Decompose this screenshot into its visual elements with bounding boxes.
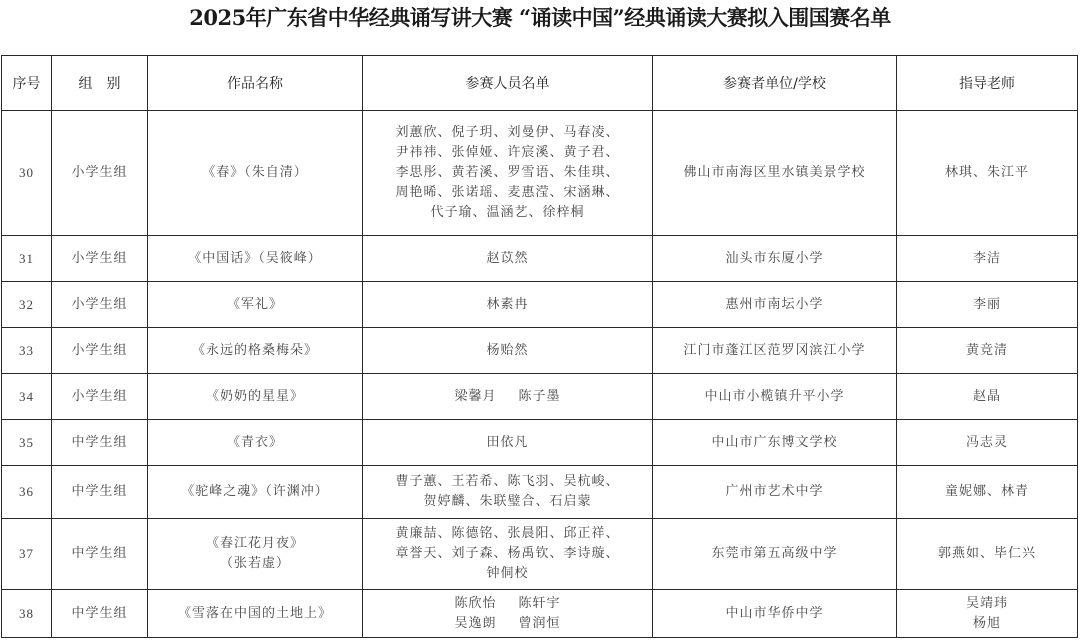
member-line: 赵苡然 (365, 249, 650, 269)
member-name: 曾润恒 (519, 616, 561, 631)
cell-number: 32 (2, 282, 52, 328)
cell-school: 广州市艺术中学 (653, 466, 897, 519)
cell-school: 中山市小榄镇升平小学 (653, 374, 897, 420)
cell-school: 佛山市南海区里水镇美景学校 (653, 111, 897, 236)
table-row: 36 中学生组 《驼峰之魂》（许渊冲） 曹子蕙、王若希、陈飞羽、吴杭峻、 贺婷麟… (2, 466, 1078, 519)
work-title: 《春》（朱自清） (150, 163, 360, 183)
cell-teacher: 童妮娜、林青 (897, 466, 1078, 519)
teacher-name: 赵晶 (899, 387, 1075, 407)
work-title: 《永远的格桑梅朵》 (150, 341, 360, 361)
member-name: 吴逸朗 (454, 616, 496, 631)
cell-school: 惠州市南坛小学 (653, 282, 897, 328)
cell-group: 中学生组 (52, 466, 148, 519)
member-line: 尹祎祎、张倬娅、许宸溪、黄子君、 (365, 143, 650, 163)
table-row: 31 小学生组 《中国话》（吴筱峰） 赵苡然 汕头市东厦小学 李洁 (2, 236, 1078, 282)
cell-group: 小学生组 (52, 111, 148, 236)
work-title: 《中国话》（吴筱峰） (150, 249, 360, 269)
table-row: 34 小学生组 《奶奶的星星》 梁馨月陈子墨 中山市小榄镇升平小学 赵晶 (2, 374, 1078, 420)
header-group: 组 别 (52, 56, 148, 111)
member-line: 黄廉喆、陈德铭、张晨阳、邱正祥、 (365, 524, 650, 544)
cell-group: 中学生组 (52, 420, 148, 466)
cell-teacher: 郭燕如、毕仁兴 (897, 519, 1078, 590)
cell-work: 《春》（朱自清） (148, 111, 363, 236)
member-name: 陈子墨 (519, 389, 561, 404)
member-line: 林素冉 (365, 295, 650, 315)
table-row: 38 中学生组 《雪落在中国的土地上》 陈欣怡陈轩宇 吴逸朗曾润恒 中山市华侨中… (2, 590, 1078, 638)
cell-members: 黄廉喆、陈德铭、张晨阳、邱正祥、 章誉天、刘子森、杨禹钦、李诗璇、 钟侗校 (363, 519, 653, 590)
work-title: 《雪落在中国的土地上》 (150, 604, 360, 624)
cell-school: 中山市广东博文学校 (653, 420, 897, 466)
header-school: 参赛者单位/学校 (653, 56, 897, 111)
teacher-name: 郭燕如、毕仁兴 (899, 544, 1075, 564)
teacher-name: 李洁 (899, 249, 1075, 269)
cell-work: 《驼峰之魂》（许渊冲） (148, 466, 363, 519)
cell-members: 梁馨月陈子墨 (363, 374, 653, 420)
cell-members: 曹子蕙、王若希、陈飞羽、吴杭峻、 贺婷麟、朱联璧合、石启蒙 (363, 466, 653, 519)
member-line: 李思彤、黄若溪、罗雪语、朱佳琪、 (365, 163, 650, 183)
work-title: 《青衣》 (150, 433, 360, 453)
cell-work: 《春江花月夜》 （张若虚） (148, 519, 363, 590)
header-members: 参赛人员名单 (363, 56, 653, 111)
cell-members: 陈欣怡陈轩宇 吴逸朗曾润恒 (363, 590, 653, 638)
member-line: 田依凡 (365, 433, 650, 453)
cell-members: 赵苡然 (363, 236, 653, 282)
work-title: 《军礼》 (150, 295, 360, 315)
teacher-name: 童妮娜、林青 (899, 482, 1075, 502)
cell-members: 刘蕙欣、倪子玥、刘曼伊、马春凌、 尹祎祎、张倬娅、许宸溪、黄子君、 李思彤、黄若… (363, 111, 653, 236)
cell-group: 小学生组 (52, 282, 148, 328)
member-line: 钟侗校 (365, 564, 650, 584)
member-line: 杨贻然 (365, 341, 650, 361)
cell-number: 37 (2, 519, 52, 590)
teacher-name: 吴靖玮 (899, 594, 1075, 614)
header-teacher: 指导老师 (897, 56, 1078, 111)
cell-teacher: 林琪、朱江平 (897, 111, 1078, 236)
cell-group: 中学生组 (52, 519, 148, 590)
cell-school: 东莞市第五高级中学 (653, 519, 897, 590)
work-title: 《春江花月夜》 (150, 534, 360, 554)
work-title: 《驼峰之魂》（许渊冲） (150, 482, 360, 502)
table-row: 32 小学生组 《军礼》 林素冉 惠州市南坛小学 李丽 (2, 282, 1078, 328)
header-work: 作品名称 (148, 56, 363, 111)
teacher-name: 杨旭 (899, 614, 1075, 634)
cell-work: 《军礼》 (148, 282, 363, 328)
cell-teacher: 冯志灵 (897, 420, 1078, 466)
cell-members: 田依凡 (363, 420, 653, 466)
cell-group: 小学生组 (52, 328, 148, 374)
table-row: 37 中学生组 《春江花月夜》 （张若虚） 黄廉喆、陈德铭、张晨阳、邱正祥、 章… (2, 519, 1078, 590)
cell-number: 30 (2, 111, 52, 236)
cell-members: 杨贻然 (363, 328, 653, 374)
cell-number: 31 (2, 236, 52, 282)
header-number: 序号 (2, 56, 52, 111)
cell-school: 江门市蓬江区范罗冈滨江小学 (653, 328, 897, 374)
cell-work: 《青衣》 (148, 420, 363, 466)
cell-group: 小学生组 (52, 236, 148, 282)
finalist-table: 序号 组 别 作品名称 参赛人员名单 参赛者单位/学校 指导老师 30 小学生组… (1, 55, 1078, 638)
member-line: 曹子蕙、王若希、陈飞羽、吴杭峻、 (365, 472, 650, 492)
document-title: 2025年广东省中华经典诵写讲大赛 “诵读中国”经典诵读大赛拟入围国赛名单 (0, 4, 1080, 32)
cell-teacher: 赵晶 (897, 374, 1078, 420)
cell-number: 34 (2, 374, 52, 420)
member-line: 贺婷麟、朱联璧合、石启蒙 (365, 492, 650, 512)
cell-school: 汕头市东厦小学 (653, 236, 897, 282)
cell-work: 《永远的格桑梅朵》 (148, 328, 363, 374)
cell-number: 38 (2, 590, 52, 638)
member-line: 吴逸朗曾润恒 (365, 614, 650, 634)
teacher-name: 黄竞清 (899, 341, 1075, 361)
cell-number: 36 (2, 466, 52, 519)
cell-work: 《中国话》（吴筱峰） (148, 236, 363, 282)
cell-number: 35 (2, 420, 52, 466)
member-name: 陈轩宇 (519, 596, 561, 611)
member-name: 陈欣怡 (454, 596, 496, 611)
table-header-row: 序号 组 别 作品名称 参赛人员名单 参赛者单位/学校 指导老师 (2, 56, 1078, 111)
table-row: 35 中学生组 《青衣》 田依凡 中山市广东博文学校 冯志灵 (2, 420, 1078, 466)
table-row: 30 小学生组 《春》（朱自清） 刘蕙欣、倪子玥、刘曼伊、马春凌、 尹祎祎、张倬… (2, 111, 1078, 236)
member-line: 周艳晞、张诺瑶、麦惠滢、宋涵琳、 (365, 183, 650, 203)
cell-teacher: 李洁 (897, 236, 1078, 282)
cell-group: 小学生组 (52, 374, 148, 420)
cell-work: 《奶奶的星星》 (148, 374, 363, 420)
work-author: （张若虚） (150, 554, 360, 574)
cell-number: 33 (2, 328, 52, 374)
teacher-name: 李丽 (899, 295, 1075, 315)
cell-teacher: 黄竞清 (897, 328, 1078, 374)
work-title: 《奶奶的星星》 (150, 387, 360, 407)
member-line: 刘蕙欣、倪子玥、刘曼伊、马春凌、 (365, 123, 650, 143)
member-line: 陈欣怡陈轩宇 (365, 594, 650, 614)
teacher-name: 林琪、朱江平 (899, 163, 1075, 183)
cell-teacher: 李丽 (897, 282, 1078, 328)
cell-school: 中山市华侨中学 (653, 590, 897, 638)
member-line: 代子瑜、温涵艺、徐梓桐 (365, 203, 650, 223)
cell-work: 《雪落在中国的土地上》 (148, 590, 363, 638)
cell-group: 中学生组 (52, 590, 148, 638)
member-name: 梁馨月 (454, 389, 496, 404)
teacher-name: 冯志灵 (899, 433, 1075, 453)
cell-members: 林素冉 (363, 282, 653, 328)
table-row: 33 小学生组 《永远的格桑梅朵》 杨贻然 江门市蓬江区范罗冈滨江小学 黄竞清 (2, 328, 1078, 374)
member-line: 章誉天、刘子森、杨禹钦、李诗璇、 (365, 544, 650, 564)
cell-teacher: 吴靖玮 杨旭 (897, 590, 1078, 638)
